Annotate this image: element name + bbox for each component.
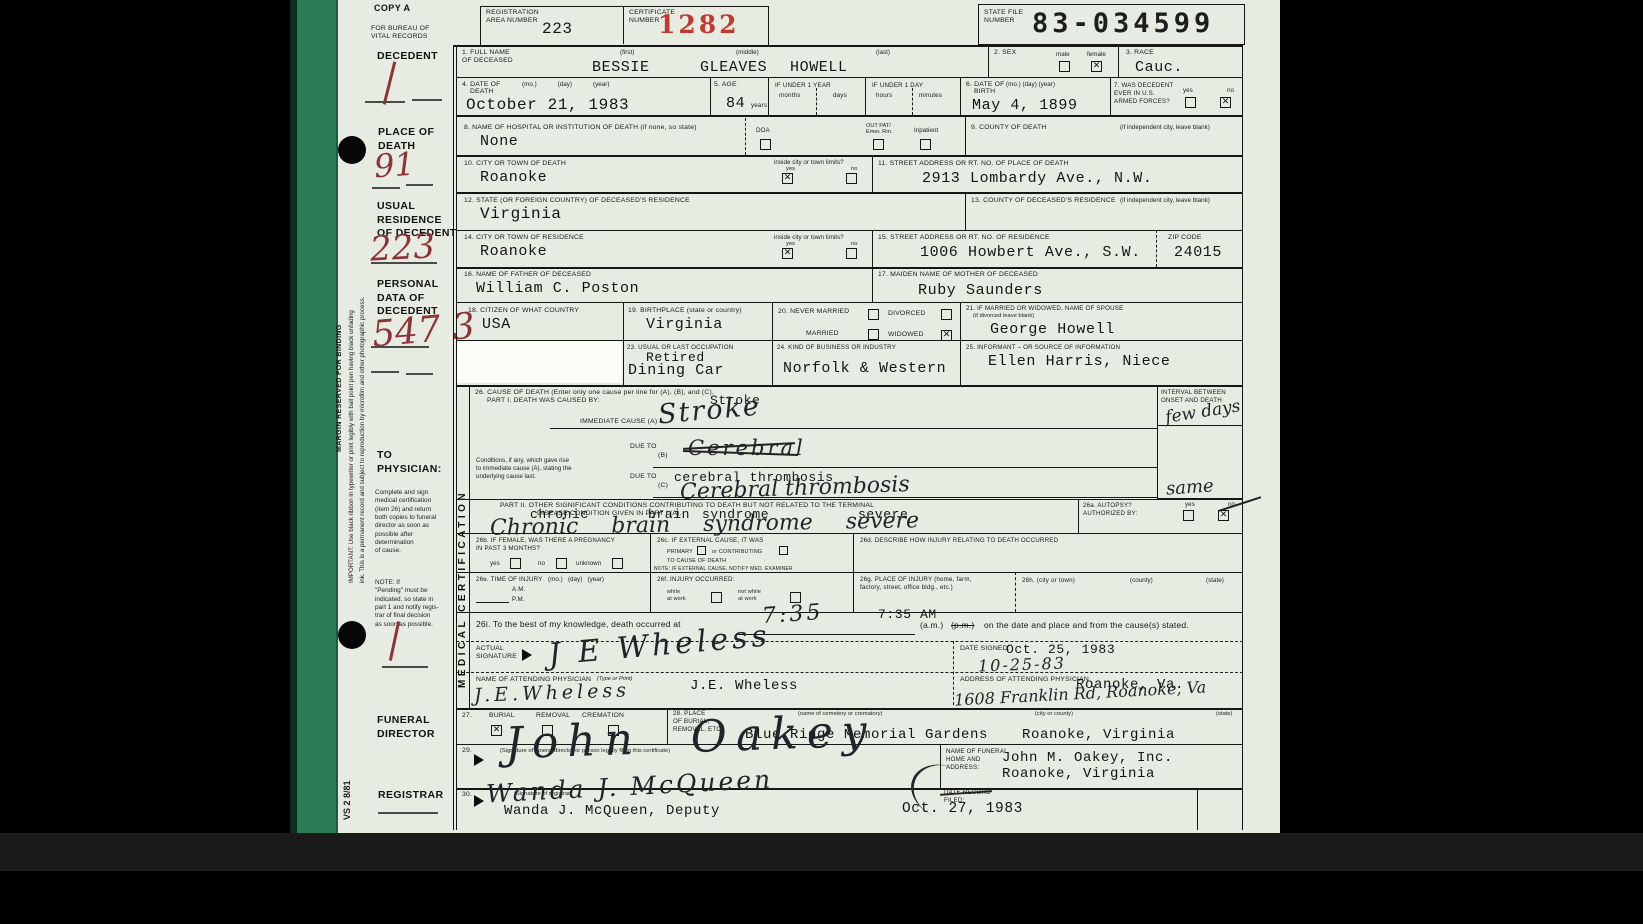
age-value: 84 — [726, 95, 745, 112]
citizen-label: 18. CITIZEN OF WHAT COUNTRY — [468, 307, 579, 315]
arrow-icon — [474, 795, 484, 807]
margin-binding-text: MARGIN RESERVED FOR BINDING — [336, 324, 343, 452]
scanner-bed-band — [0, 833, 1643, 871]
birthplace-value: Virginia — [646, 316, 723, 333]
inpatient-label: Inpatient — [914, 127, 938, 134]
business-value: Norfolk & Western — [783, 360, 946, 377]
pen-underline — [412, 99, 442, 101]
county-of-death-label: 9. COUNTY OF DEATH — [971, 124, 1046, 132]
whiteout-patch — [457, 341, 622, 383]
widowed-label: WIDOWED — [888, 331, 924, 339]
pen-underline — [406, 184, 433, 186]
yes-hint: yes — [1185, 501, 1195, 508]
side-label-to-physician: TO PHYSICIAN: — [377, 449, 442, 476]
never-married-label: 20. NEVER MARRIED — [778, 308, 849, 316]
independent-city-note: (if independent city, leave blank) — [1120, 197, 1210, 204]
race-value: Cauc. — [1135, 59, 1183, 76]
attending-physician-handwritten: J.E.Wheless — [474, 679, 631, 706]
street-of-death-value: 2913 Lombardy Ave., N.W. — [922, 170, 1152, 187]
form-number: VS 2 8/81 — [342, 780, 352, 820]
side-label-decedent: DECEDENT — [377, 50, 438, 64]
mother-value: Ruby Saunders — [918, 282, 1043, 299]
am-label: A.M. — [512, 586, 526, 594]
injury-occurred-label: 26f. INJURY OCCURRED: — [657, 576, 735, 584]
widowed-checkbox-checked — [941, 330, 952, 341]
time-of-injury-label: 26e. TIME OF INJURY — [476, 576, 543, 584]
immediate-cause-label: IMMEDIATE CAUSE (A) — [580, 418, 657, 426]
middle-hint: (middle) — [736, 49, 759, 56]
spouse-label: 21. IF MARRIED OR WIDOWED, NAME OF SPOUS… — [966, 305, 1123, 313]
pen-underline — [371, 346, 429, 348]
limits-question: inside city or town limits? — [774, 234, 844, 241]
city-county-hint: (city or county) — [1035, 711, 1073, 717]
medical-certification-vertical-label: MEDICAL CERTIFICATION — [457, 490, 468, 688]
primary-checkbox — [697, 546, 706, 555]
date-signed-label: DATE SIGNED: — [960, 645, 1010, 653]
pen-underline — [371, 262, 437, 264]
street-of-death-label: 11. STREET ADDRESS OR RT. NO. OF PLACE O… — [878, 160, 1069, 168]
date-of-birth-hints: (mo.) (day) (year) — [1006, 81, 1055, 88]
certificate-paper: MARGIN RESERVED FOR BINDING IMPORTANT: U… — [290, 0, 1280, 833]
describe-injury-label: 26d. DESCRIBE HOW INJURY RELATING TO DEA… — [860, 537, 1058, 545]
margin-important-line2: ink. This is a permanent record and subj… — [359, 297, 366, 583]
father-label: 16. NAME OF FATHER OF DECEASED — [464, 271, 591, 279]
am-hint: (a.m.) — [920, 620, 943, 631]
spouse-note: (if divorced leave blank) — [973, 313, 1034, 319]
pen-underline — [406, 373, 433, 375]
item27-number: 27. — [462, 712, 472, 720]
citizen-value: USA — [482, 316, 511, 333]
arrow-icon — [522, 649, 532, 661]
while-at-work-checkbox — [711, 592, 722, 603]
first-hint: (first) — [620, 49, 634, 56]
yes-hint: yes — [786, 241, 795, 247]
injury-state-hint: (state) — [1206, 577, 1224, 584]
pen-underline — [371, 371, 399, 373]
while-at-work-label: while at work — [667, 589, 686, 603]
outpatient-checkbox — [873, 139, 884, 150]
autopsy-label: 26a. AUTOPSY? AUTHORIZED BY: — [1083, 502, 1137, 518]
hospital-value: None — [480, 133, 518, 150]
death-occurred-rest: on the date and place and from the cause… — [984, 620, 1189, 631]
time-of-injury-hints: (mo.) (day) (year) — [548, 576, 604, 583]
autopsy-yes-checkbox — [1183, 510, 1194, 521]
cause-of-death-label2: PART I. DEATH WAS CAUSED BY: — [487, 397, 600, 405]
spouse-value: George Howell — [990, 321, 1115, 338]
no-hint: no — [851, 241, 857, 247]
interval-c-handwritten: same — [1165, 475, 1214, 499]
registration-area-label: REGISTRATION AREA NUMBER — [486, 9, 539, 26]
independent-city-note: (if independent city, leave blank) — [1120, 124, 1210, 131]
informant-label: 25. INFORMANT – OR SOURCE OF INFORMATION — [966, 344, 1120, 352]
sex-label: 2. SEX — [994, 49, 1016, 57]
physician-instructions: Complete and sign medical certification … — [375, 489, 436, 556]
zip-value: 24015 — [1174, 244, 1222, 261]
actual-signature-label: ACTUAL SIGNATURE — [476, 645, 517, 662]
injury-county-hint: (county) — [1130, 577, 1153, 584]
city-residence-value: Roanoke — [480, 243, 547, 260]
place-code-handwritten: 91 — [373, 145, 416, 186]
funeral-home-address: Roanoke, Virginia — [1002, 766, 1155, 782]
registrar-signature: Wanda J. McQueen — [485, 765, 773, 809]
pm-hint-struck: (p.m.) — [951, 620, 974, 631]
days-label: days — [833, 92, 847, 100]
pending-note: NOTE: If "Pending" must be indicated, so… — [375, 579, 439, 629]
scanned-death-certificate-view: MARGIN RESERVED FOR BINDING IMPORTANT: U… — [0, 0, 1643, 924]
city-of-death-value: Roanoke — [480, 169, 547, 186]
sex-female-checkbox-checked — [1091, 61, 1102, 72]
pen-underline — [372, 187, 400, 189]
last-name-value: HOWELL — [790, 59, 848, 76]
pregnancy-no-checkbox — [556, 558, 567, 569]
date-of-birth-value: May 4, 1899 — [972, 97, 1078, 114]
minutes-label: minutes — [919, 92, 942, 100]
occupation-value2: Dining Car — [628, 362, 724, 379]
no-hint: no — [538, 560, 545, 567]
armed-forces-no-checkbox-checked — [1220, 97, 1231, 108]
street-residence-value: 1006 Howbert Ave., S.W. — [920, 244, 1141, 261]
death-limits-no-checkbox — [846, 173, 857, 184]
certificate-number-stamp: 1282 — [658, 10, 740, 39]
business-label: 24. KIND OF BUSINESS OR INDUSTRY — [777, 344, 896, 352]
residence-limits-yes-checkbox-checked — [782, 248, 793, 259]
female-hint: female — [1087, 51, 1106, 58]
yes-hint: yes — [490, 560, 500, 567]
due-to-label: DUE TO — [630, 473, 657, 481]
injury-city-label: 26h. (city or town) — [1022, 577, 1075, 585]
line-b-tag: (B) — [658, 452, 668, 460]
to-cause-label: TO CAUSE OF DEATH — [667, 558, 726, 565]
conditions-note: Conditions, if any, which gave rise to i… — [476, 457, 572, 481]
registrar-typed-name: Wanda J. McQueen, Deputy — [504, 803, 720, 819]
contributing-checkbox — [779, 546, 788, 555]
arrow-icon — [474, 754, 484, 766]
city-residence-label: 14. CITY OR TOWN OF RESIDENCE — [464, 234, 584, 242]
race-label: 3. RACE — [1126, 49, 1154, 57]
middle-name-value: GLEAVES — [700, 59, 767, 76]
last-hint: (last) — [876, 49, 890, 56]
armed-forces-label: 7. WAS DECEDENT EVER IN U.S. ARMED FORCE… — [1114, 82, 1174, 105]
date-of-birth-label2: BIRTH — [974, 88, 995, 96]
place-of-injury-label: 26g. PLACE OF INJURY (home, farm, factor… — [860, 576, 972, 592]
date-filed-value: Oct. 27, 1983 — [902, 801, 1023, 817]
state-file-label: STATE FILE NUMBER — [984, 9, 1023, 26]
under-1-day-label: IF UNDER 1 DAY — [872, 82, 923, 90]
city-of-death-label: 10. CITY OR TOWN OF DEATH — [464, 160, 566, 168]
doa-checkbox — [760, 139, 771, 150]
divorced-checkbox — [941, 309, 952, 320]
red-pen-stroke — [383, 61, 396, 104]
external-cause-label: 26c. IF EXTERNAL CAUSE, IT WAS — [657, 537, 764, 545]
hospital-label: 8. NAME OF HOSPITAL OR INSTITUTION OF DE… — [464, 124, 697, 132]
months-label: months — [779, 92, 801, 100]
yes-hint: yes — [786, 166, 795, 172]
age-unit: years — [751, 102, 767, 110]
age-label: 5. AGE — [714, 81, 737, 89]
male-hint: male — [1056, 51, 1070, 58]
armed-forces-yes-checkbox — [1185, 97, 1196, 108]
residence-limits-no-checkbox — [846, 248, 857, 259]
inpatient-checkbox — [920, 139, 931, 150]
pen-underline — [365, 101, 405, 103]
date-of-death-value: October 21, 1983 — [466, 96, 629, 114]
funeral-home-name: John M. Oakey, Inc. — [1002, 750, 1173, 766]
physician-address-label: ADDRESS OF ATTENDING PHYSICIAN — [960, 676, 1089, 684]
yes-hint: yes — [1183, 87, 1193, 94]
sex-male-checkbox — [1059, 61, 1070, 72]
doa-label: DOA — [756, 127, 770, 134]
due-to-label: DUE TO — [630, 443, 657, 451]
punch-hole — [338, 136, 366, 164]
no-hint: no — [1227, 87, 1234, 94]
father-value: William C. Poston — [476, 280, 639, 297]
state-hint: (state) — [1216, 711, 1232, 717]
not-while-at-work-label: not while at work — [738, 589, 761, 603]
pregnancy-label: 26b. IF FEMALE, WAS THERE A PREGNANCY IN… — [476, 537, 615, 553]
primary-label: PRIMARY — [667, 549, 693, 556]
margin-important-line1: IMPORTANT: Use black ribbon in typewrite… — [348, 310, 355, 583]
limits-question: inside city or town limits? — [774, 159, 844, 166]
copy-label: COPY A — [374, 3, 410, 15]
state-file-number: 83-034599 — [1032, 8, 1214, 39]
county-residence-label: 13. COUNTY OF DECEASED'S RESIDENCE — [971, 197, 1116, 205]
pm-label: P.M. — [512, 596, 525, 604]
pregnancy-unknown-checkbox — [612, 558, 623, 569]
side-label-funeral-director: FUNERAL DIRECTOR — [377, 714, 435, 741]
attending-physician-typed: J.E. Wheless — [690, 678, 798, 694]
side-label-registrar: REGISTRAR — [378, 789, 443, 803]
married-label: MARRIED — [806, 330, 839, 338]
pen-underline — [382, 666, 428, 668]
death-limits-yes-checkbox-checked — [782, 173, 793, 184]
punch-hole — [338, 621, 366, 649]
never-married-checkbox — [868, 309, 879, 320]
no-hint: no — [851, 166, 857, 172]
line-c-tag: (C) — [658, 482, 668, 490]
item29-number: 29. — [462, 747, 472, 755]
registration-area-value: 223 — [542, 20, 573, 38]
unknown-hint: unknown — [576, 560, 601, 567]
zip-label: ZIP CODE — [1168, 234, 1202, 242]
pen-underline — [378, 812, 438, 814]
hours-label: hours — [876, 92, 892, 100]
mother-label: 17. MAIDEN NAME OF MOTHER OF DECEASED — [878, 271, 1038, 279]
contributing-label: or CONTRIBUTING — [712, 549, 762, 556]
bureau-label: FOR BUREAU OF VITAL RECORDS — [371, 25, 430, 42]
pregnancy-yes-checkbox — [510, 558, 521, 569]
informant-value: Ellen Harris, Niece — [988, 353, 1170, 370]
burial-city-value: Roanoke, Virginia — [1022, 727, 1175, 743]
burial-checkbox-checked — [491, 725, 502, 736]
divorced-label: DIVORCED — [888, 310, 925, 318]
date-of-death-hints: (mo.) (day) (year) — [522, 81, 609, 88]
death-time-handwritten: 7:35 — [761, 600, 824, 629]
street-residence-label: 15. STREET ADDRESS OR RT. NO. OF RESIDEN… — [878, 234, 1050, 242]
field1-label: 1. FULL NAME OF DECEASED — [462, 49, 513, 66]
married-checkbox — [868, 329, 879, 340]
outpatient-label: OUT PAT/ Emer. Rm. — [866, 123, 892, 135]
binding-strip — [290, 0, 338, 833]
birthplace-label: 19. BIRTHPLACE (state or country) — [628, 307, 742, 315]
item30-number: 30. — [462, 791, 472, 799]
first-name-value: BESSIE — [592, 59, 650, 76]
under-1-year-label: IF UNDER 1 YEAR — [775, 82, 831, 90]
state-residence-value: Virginia — [480, 205, 562, 223]
